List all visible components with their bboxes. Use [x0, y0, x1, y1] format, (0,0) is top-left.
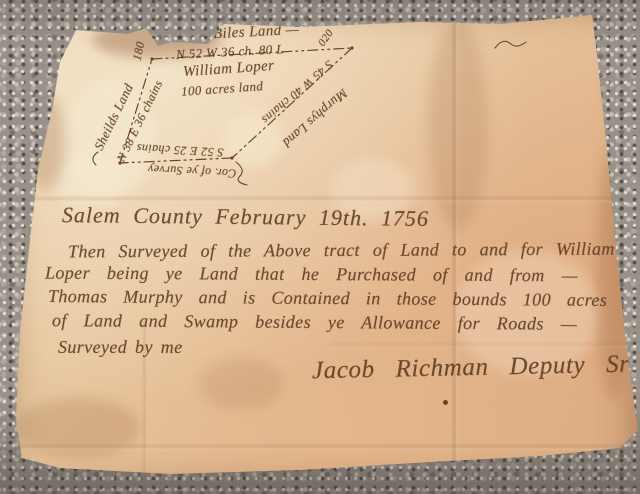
photo-scene: Biles Land — N 52 W 36 ch. 80 L William … — [0, 0, 640, 494]
plat-corner-flourish-sw — [93, 152, 98, 165]
plat-corner-flourish-se — [236, 162, 247, 185]
body-line-2: Loper being ye Land that he Purchased of… — [45, 263, 578, 287]
body-line-4: of Land and Swamp besides ye Allowance f… — [52, 310, 577, 335]
place-date-line: Salem County February 19th. 1756 — [62, 202, 429, 232]
document-paper: Biles Land — N 52 W 36 ch. 80 L William … — [0, 0, 640, 494]
body-line-3: Thomas Murphy and is Contained in those … — [48, 286, 607, 311]
surveyed-by-me-line: Surveyed by me — [58, 337, 183, 358]
body-line-1: Then Surveyed of the Above tract of Land… — [68, 239, 615, 263]
plat-corner-flourish-ne — [495, 41, 526, 48]
